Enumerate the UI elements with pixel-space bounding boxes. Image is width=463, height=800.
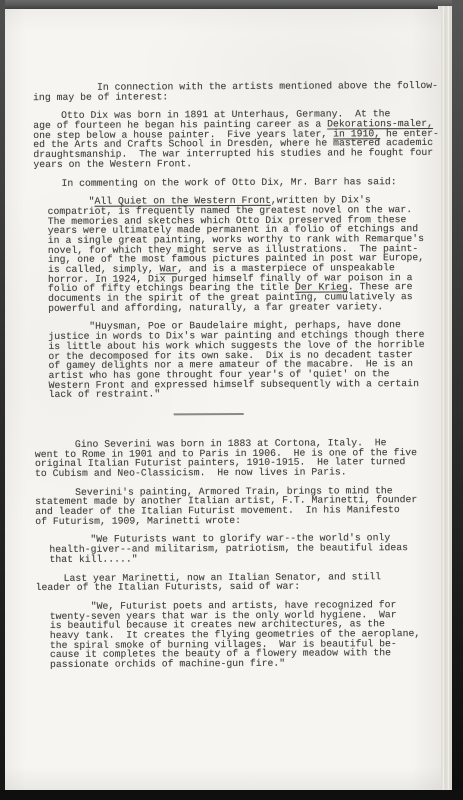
paragraph: Severini's painting, Armored Train, brin… [35, 486, 455, 527]
text-segment: leader of the Italian Futurists, said of… [36, 581, 301, 593]
paragraph: In connection with the artists mentioned… [33, 81, 453, 103]
text-line: leader of the Italian Futurists, said of… [36, 581, 456, 593]
text-line: of Futurism, 1909, Marinetti wrote: [35, 515, 455, 527]
text-segment: to Cubism and Neo-Classicism. He now liv… [35, 466, 347, 479]
text-segment: years on the Western Front. [33, 158, 192, 170]
text-line: years on the Western Front. [33, 158, 453, 170]
block-quote: "We Futurists want to glorify war--the w… [49, 533, 455, 564]
block-quote: "All Quiet on the Western Front,written … [48, 195, 455, 313]
block-quote: "We, Futurist poets and artists, have re… [50, 600, 456, 670]
text-line: that kill....." [49, 553, 455, 565]
paragraph: Last year Marinetti, now an Italian Sena… [36, 571, 456, 593]
paragraph: Gino Severini was born in 1883 at Corton… [35, 438, 455, 479]
paragraph: In commenting on the work of Otto Dix, M… [33, 176, 453, 188]
text-line: powerful and affording, naturally, a far… [48, 302, 454, 314]
text-segment: that kill....." [49, 553, 137, 564]
text-line: to Cubism and Neo-Classicism. He now liv… [35, 467, 455, 479]
scan-border-bottom [0, 790, 463, 800]
text-segment: of Futurism, 1909, Marinetti wrote: [35, 515, 241, 527]
text-segment: In commenting on the work of Otto Dix, M… [61, 176, 396, 189]
text-segment: lack of restraint." [49, 389, 161, 401]
typescript-content: In connection with the artists mentioned… [5, 7, 457, 679]
text-line: ing may be of interest: [33, 91, 453, 103]
block-quote: "Huysman, Poe or Baudelaire might, perha… [48, 320, 454, 400]
paragraph: Otto Dix was born in 1891 at Unterhaus, … [33, 109, 453, 169]
scan-border-right [452, 0, 463, 800]
text-segment: powerful and affording, naturally, a far… [48, 301, 383, 314]
text-line: passionate orchids of machine-gun fire." [50, 658, 456, 670]
separator-rule [174, 413, 244, 415]
document-page: In connection with the artists mentioned… [5, 9, 441, 790]
text-line: In commenting on the work of Otto Dix, M… [33, 176, 453, 188]
text-line: lack of restraint." [49, 388, 455, 400]
text-segment: ing may be of interest: [33, 91, 168, 103]
text-segment: passionate orchids of machine-gun fire." [50, 658, 285, 670]
